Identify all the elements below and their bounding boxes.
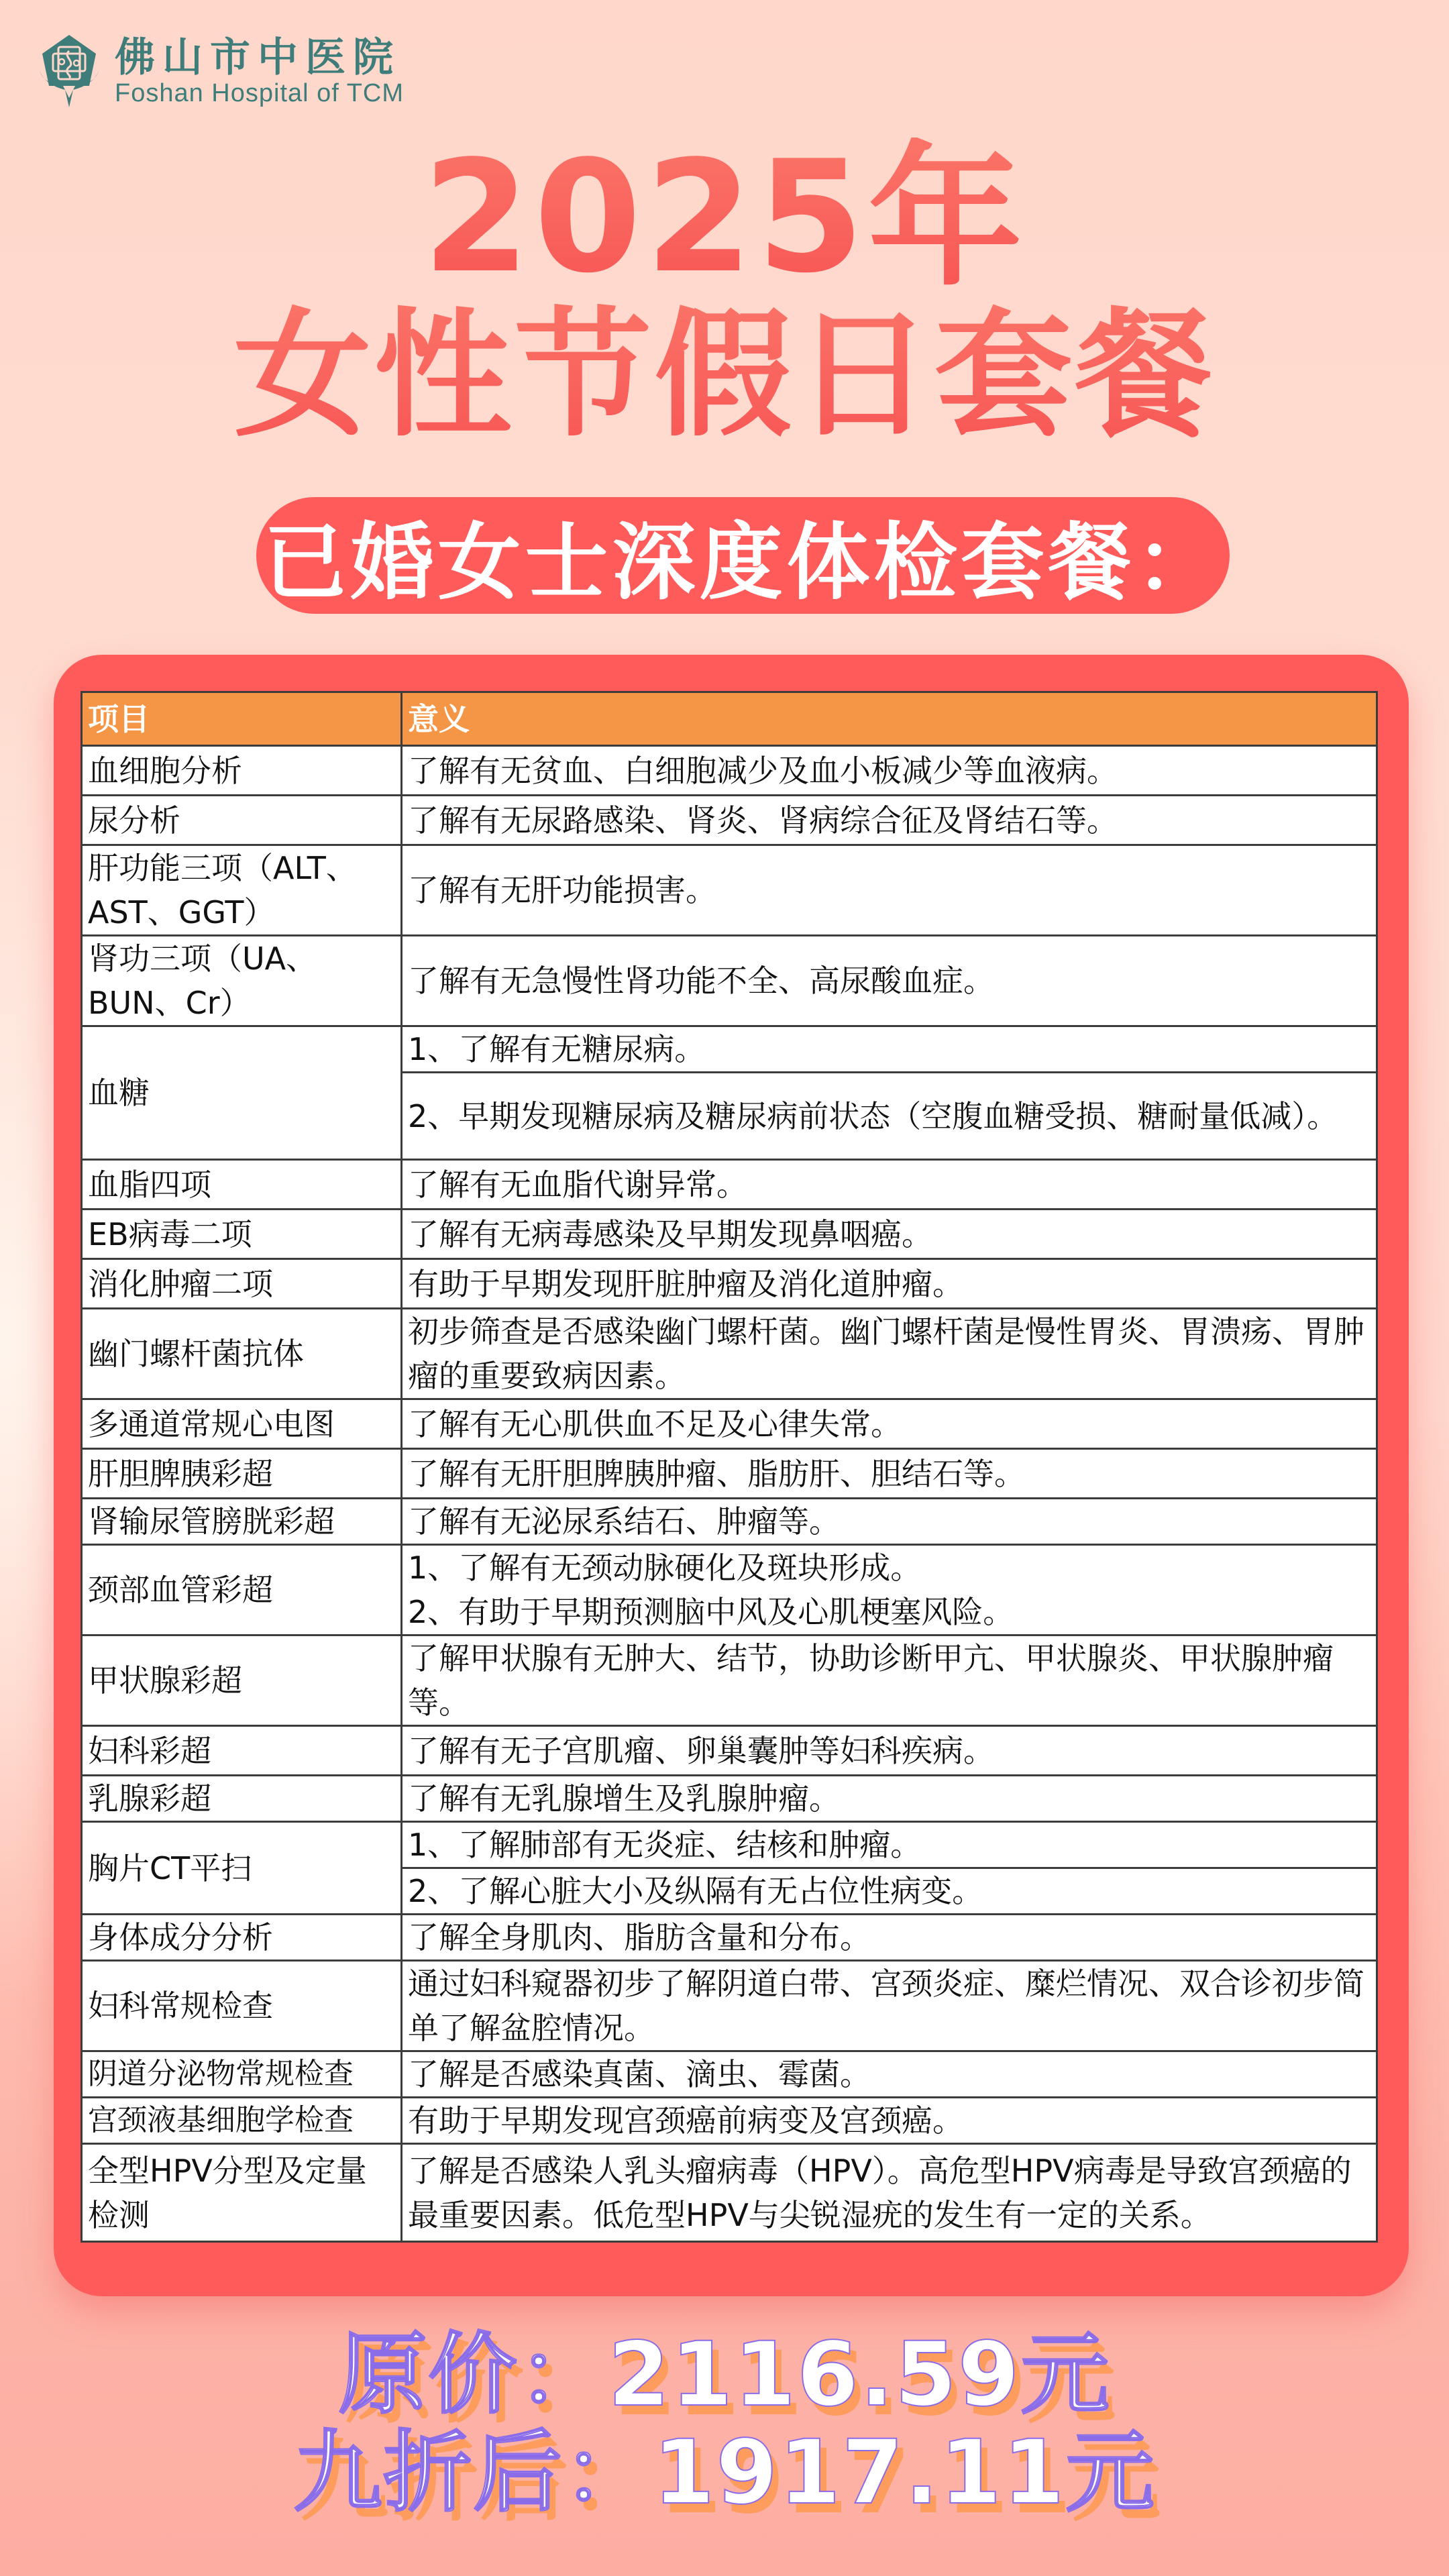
item-cell: 血糖 xyxy=(82,1026,402,1160)
original-price: 原价：2116.59元 xyxy=(0,2328,1449,2422)
table-row: 宫颈液基细胞学检查 有助于早期发现宫颈癌前病变及宫颈癌。 xyxy=(82,2098,1377,2144)
table-row: 肾输尿管膀胱彩超 了解有无泌尿系结石、肿瘤等。 xyxy=(82,1499,1377,1545)
item-cell: 肾输尿管膀胱彩超 xyxy=(82,1499,402,1545)
table-row: 甲状腺彩超 了解甲状腺有无肿大、结节，协助诊断甲亢、甲状腺炎、甲状腺肿瘤等。 xyxy=(82,1635,1377,1726)
item-cell: 血脂四项 xyxy=(82,1160,402,1210)
meaning-cell: 1、了解有无糖尿病。 xyxy=(402,1026,1377,1073)
table-row: 身体成分分析 了解全身肌肉、脂肪含量和分布。 xyxy=(82,1915,1377,1961)
hospital-logo: 佛山市中医院 Foshan Hospital of TCM xyxy=(38,34,404,109)
table-row: 肝功能三项（ALT、AST、GGT） 了解有无肝功能损害。 xyxy=(82,845,1377,936)
package-label: 已婚女士深度体检套餐： xyxy=(263,496,1222,615)
item-cell: 全型HPV分型及定量检测 xyxy=(82,2144,402,2242)
table-row: 妇科彩超 了解有无子宫肌瘤、卵巢囊肿等妇科疾病。 xyxy=(82,1726,1377,1776)
meaning-cell: 了解全身肌肉、脂肪含量和分布。 xyxy=(402,1915,1377,1961)
meaning-cell: 2、早期发现糖尿病及糖尿病前状态（空腹血糖受损、糖耐量低减）。 xyxy=(402,1073,1377,1160)
table-row: 妇科常规检查 通过妇科窥器初步了解阴道白带、宫颈炎症、糜烂情况、双合诊初步简单了… xyxy=(82,1961,1377,2051)
table-row: 乳腺彩超 了解有无乳腺增生及乳腺肿瘤。 xyxy=(82,1776,1377,1822)
column-header-meaning: 意义 xyxy=(402,692,1377,746)
meaning-cell: 了解有无肝功能损害。 xyxy=(402,845,1377,936)
meaning-cell: 了解有无病毒感染及早期发现鼻咽癌。 xyxy=(402,1210,1377,1259)
meaning-cell: 了解是否感染人乳头瘤病毒（HPV）。高危型HPV病毒是导致宫颈癌的最重要因素。低… xyxy=(402,2144,1377,2242)
item-cell: 颈部血管彩超 xyxy=(82,1545,402,1635)
meaning-cell: 了解有无血脂代谢异常。 xyxy=(402,1160,1377,1210)
item-cell: 幽门螺杆菌抗体 xyxy=(82,1309,402,1399)
item-cell: 胸片CT平扫 xyxy=(82,1822,402,1915)
item-cell: 尿分析 xyxy=(82,796,402,845)
table-row: 消化肿瘤二项 有助于早期发现肝脏肿瘤及消化道肿瘤。 xyxy=(82,1259,1377,1309)
meaning-cell: 了解有无急慢性肾功能不全、高尿酸血症。 xyxy=(402,936,1377,1026)
table-row: 胸片CT平扫 1、了解肺部有无炎症、结核和肿瘤。 xyxy=(82,1822,1377,1868)
table-row: 血糖 1、了解有无糖尿病。 xyxy=(82,1026,1377,1073)
item-cell: 消化肿瘤二项 xyxy=(82,1259,402,1309)
table-row: 尿分析 了解有无尿路感染、肾炎、肾病综合征及肾结石等。 xyxy=(82,796,1377,845)
item-cell: 肝功能三项（ALT、AST、GGT） xyxy=(82,845,402,936)
item-cell: 多通道常规心电图 xyxy=(82,1399,402,1449)
table-row: 血细胞分析 了解有无贫血、白细胞减少及血小板减少等血液病。 xyxy=(82,746,1377,796)
item-cell: 肝胆脾胰彩超 xyxy=(82,1449,402,1499)
table-row: 肝胆脾胰彩超 了解有无肝胆脾胰肿瘤、脂肪肝、胆结石等。 xyxy=(82,1449,1377,1499)
table-row: 血脂四项 了解有无血脂代谢异常。 xyxy=(82,1160,1377,1210)
meaning-cell: 了解有无心肌供血不足及心律失常。 xyxy=(402,1399,1377,1449)
item-cell: 身体成分分析 xyxy=(82,1915,402,1961)
meaning-cell: 了解有无乳腺增生及乳腺肿瘤。 xyxy=(402,1776,1377,1822)
meaning-cell: 2、了解心脏大小及纵隔有无占位性病变。 xyxy=(402,1868,1377,1915)
meaning-cell: 了解有无肝胆脾胰肿瘤、脂肪肝、胆结石等。 xyxy=(402,1449,1377,1499)
column-header-item: 项目 xyxy=(82,692,402,746)
discount-price: 九折后：1917.11元 xyxy=(0,2426,1449,2520)
item-cell: 肾功三项（UA、BUN、Cr） xyxy=(82,936,402,1026)
table-row: 肾功三项（UA、BUN、Cr） 了解有无急慢性肾功能不全、高尿酸血症。 xyxy=(82,936,1377,1026)
package-table: 项目 意义 血细胞分析 了解有无贫血、白细胞减少及血小板减少等血液病。 尿分析 … xyxy=(80,691,1378,2243)
meaning-cell: 有助于早期发现宫颈癌前病变及宫颈癌。 xyxy=(402,2098,1377,2144)
table-row: 阴道分泌物常规检查 了解是否感染真菌、滴虫、霉菌。 xyxy=(82,2051,1377,2098)
meaning-cell: 了解有无泌尿系结石、肿瘤等。 xyxy=(402,1499,1377,1545)
item-cell: 妇科彩超 xyxy=(82,1726,402,1776)
table-row: EB病毒二项 了解有无病毒感染及早期发现鼻咽癌。 xyxy=(82,1210,1377,1259)
table-row: 颈部血管彩超 1、了解有无颈动脉硬化及斑块形成。 2、有助于早期预测脑中风及心肌… xyxy=(82,1545,1377,1635)
item-cell: 乳腺彩超 xyxy=(82,1776,402,1822)
table-row: 全型HPV分型及定量检测 了解是否感染人乳头瘤病毒（HPV）。高危型HPV病毒是… xyxy=(82,2144,1377,2242)
table-row: 幽门螺杆菌抗体 初步筛查是否感染幽门螺杆菌。幽门螺杆菌是慢性胃炎、胃溃疡、胃肿瘤… xyxy=(82,1309,1377,1399)
meaning-cell: 了解有无子宫肌瘤、卵巢囊肿等妇科疾病。 xyxy=(402,1726,1377,1776)
item-cell: 血细胞分析 xyxy=(82,746,402,796)
table-row: 多通道常规心电图 了解有无心肌供血不足及心律失常。 xyxy=(82,1399,1377,1449)
item-cell: EB病毒二项 xyxy=(82,1210,402,1259)
hospital-name-cn: 佛山市中医院 xyxy=(115,36,404,80)
meaning-cell: 通过妇科窥器初步了解阴道白带、宫颈炎症、糜烂情况、双合诊初步简单了解盆腔情况。 xyxy=(402,1961,1377,2051)
hospital-logo-icon xyxy=(38,34,100,109)
meaning-cell: 了解有无尿路感染、肾炎、肾病综合征及肾结石等。 xyxy=(402,796,1377,845)
meaning-cell: 初步筛查是否感染幽门螺杆菌。幽门螺杆菌是慢性胃炎、胃溃疡、胃肿瘤的重要致病因素。 xyxy=(402,1309,1377,1399)
item-cell: 甲状腺彩超 xyxy=(82,1635,402,1726)
hospital-name-en: Foshan Hospital of TCM xyxy=(115,80,404,107)
meaning-cell: 了解是否感染真菌、滴虫、霉菌。 xyxy=(402,2051,1377,2098)
meaning-cell: 1、了解肺部有无炎症、结核和肿瘤。 xyxy=(402,1822,1377,1868)
item-cell: 宫颈液基细胞学检查 xyxy=(82,2098,402,2144)
item-cell: 阴道分泌物常规检查 xyxy=(82,2051,402,2098)
meaning-cell: 1、了解有无颈动脉硬化及斑块形成。 2、有助于早期预测脑中风及心肌梗塞风险。 xyxy=(402,1545,1377,1635)
meaning-cell: 了解有无贫血、白细胞减少及血小板减少等血液病。 xyxy=(402,746,1377,796)
title-main: 女性节假日套餐 xyxy=(0,295,1449,456)
meaning-cell: 了解甲状腺有无肿大、结节，协助诊断甲亢、甲状腺炎、甲状腺肿瘤等。 xyxy=(402,1635,1377,1726)
meaning-cell: 有助于早期发现肝脏肿瘤及消化道肿瘤。 xyxy=(402,1259,1377,1309)
item-cell: 妇科常规检查 xyxy=(82,1961,402,2051)
package-label-pill: 已婚女士深度体检套餐： xyxy=(256,497,1230,614)
title-year: 2025年 xyxy=(0,138,1449,299)
